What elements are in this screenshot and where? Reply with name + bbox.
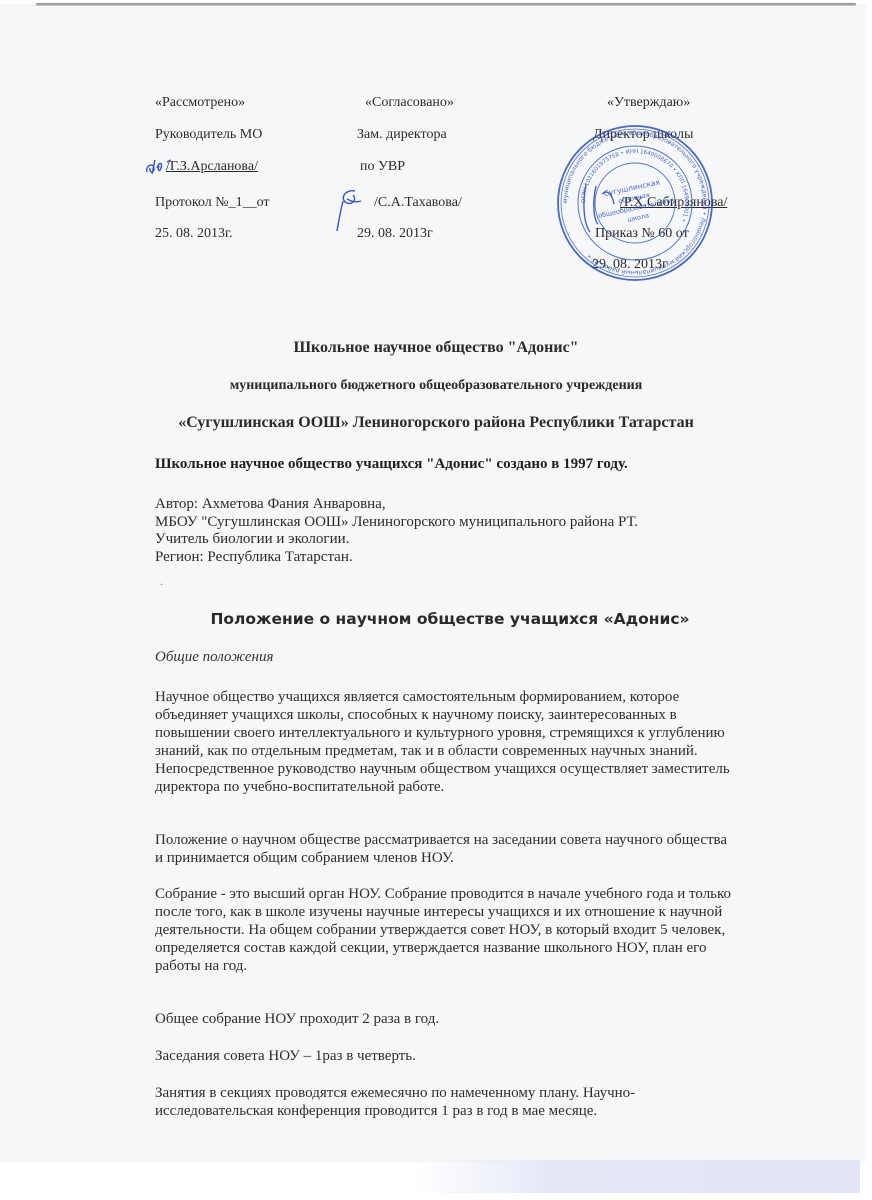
text-line: повышении своего интеллектуального и кул…	[155, 724, 835, 742]
paragraph-council-meetings: Заседания совета НОУ – 1раз в четверть.	[155, 1047, 835, 1065]
svg-text:школа: школа	[627, 211, 650, 223]
author-line: МБОУ "Сугушлинская ООШ» Лениногорского м…	[155, 514, 638, 532]
text-line: Занятия в секциях проводятся ежемесячно …	[155, 1084, 835, 1102]
reviewed-date: 25. 08. 2013г.	[155, 226, 233, 242]
author-line: Автор: Ахметова Фания Анваровна,	[155, 496, 638, 514]
institution-name: «Сугушлинская ООШ» Лениногорского района…	[0, 414, 872, 432]
institution-type: муниципального бюджетного общеобразовате…	[0, 378, 872, 394]
text-line: Общее собрание НОУ проходит 2 раза в год…	[155, 1010, 835, 1028]
scan-shadow	[415, 1160, 860, 1193]
author-line: Регион: Республика Татарстан.	[155, 549, 638, 567]
author-line: Учитель биологии и экологии.	[155, 531, 638, 549]
stray-mark: .	[160, 574, 163, 589]
text-line: знаний, как по отдельным предметам, так …	[155, 742, 835, 760]
author-block: Автор: Ахметова Фания Анваровна, МБОУ "С…	[155, 496, 638, 566]
paragraph-sections: Занятия в секциях проводятся ежемесячно …	[155, 1084, 835, 1120]
text-line: после того, как в школе изучены научные …	[155, 903, 835, 921]
scanned-page	[0, 4, 866, 1162]
agreed-signer: /С.А.Тахавова/	[374, 195, 462, 211]
reviewed-protocol: Протокол №_1__от	[155, 195, 270, 211]
text-line: объединяет учащихся школы, способных к н…	[155, 706, 835, 724]
subsection-heading: Общие положения	[155, 649, 273, 666]
founded-statement: Школьное научное общество учащихся "Адон…	[155, 456, 628, 473]
text-line: Положение о научном обществе рассматрива…	[155, 831, 835, 849]
text-line: определяется состав каждой секции, утвер…	[155, 939, 835, 957]
approved-heading: «Утверждаю»	[607, 95, 690, 111]
reviewed-signer: /Г.З.Арсланова/	[166, 159, 258, 175]
text-line: Научное общество учащихся является самос…	[155, 688, 835, 706]
paragraph-assembly: Собрание - это высший орган НОУ. Собрани…	[155, 885, 835, 975]
paragraph-general: Научное общество учащихся является самос…	[155, 688, 835, 796]
reviewed-role: Руководитель МО	[155, 127, 262, 143]
agreed-date: 29. 08. 2013г	[357, 226, 433, 242]
page-top-edge	[36, 3, 856, 6]
text-line: исследовательская конференция проводится…	[155, 1102, 835, 1120]
official-stamp-icon: муниципального бюджетного общеобразовате…	[556, 124, 714, 282]
regulation-title: Положение о научном обществе учащихся «А…	[0, 610, 872, 628]
reviewed-heading: «Рассмотрено»	[155, 95, 245, 111]
agreed-heading: «Согласовано»	[365, 95, 454, 111]
paragraph-review: Положение о научном обществе рассматрива…	[155, 831, 835, 867]
text-line: Собрание - это высший орган НОУ. Собрани…	[155, 885, 835, 903]
text-line: и принимается общим собранием членов НОУ…	[155, 849, 835, 867]
text-line: деятельности. На общем собрании утвержда…	[155, 921, 835, 939]
paragraph-general-meeting: Общее собрание НОУ проходит 2 раза в год…	[155, 1010, 835, 1028]
text-line: работы на год.	[155, 957, 835, 975]
text-line: Заседания совета НОУ – 1раз в четверть.	[155, 1047, 835, 1065]
text-line: Непосредственное руководство научным общ…	[155, 760, 835, 778]
text-line: директора по учебно-воспитательной работ…	[155, 778, 835, 796]
society-title: Школьное научное общество "Адонис"	[0, 339, 872, 357]
agreed-role-2: по УВР	[360, 159, 405, 175]
agreed-role: Зам. директора	[357, 127, 447, 143]
